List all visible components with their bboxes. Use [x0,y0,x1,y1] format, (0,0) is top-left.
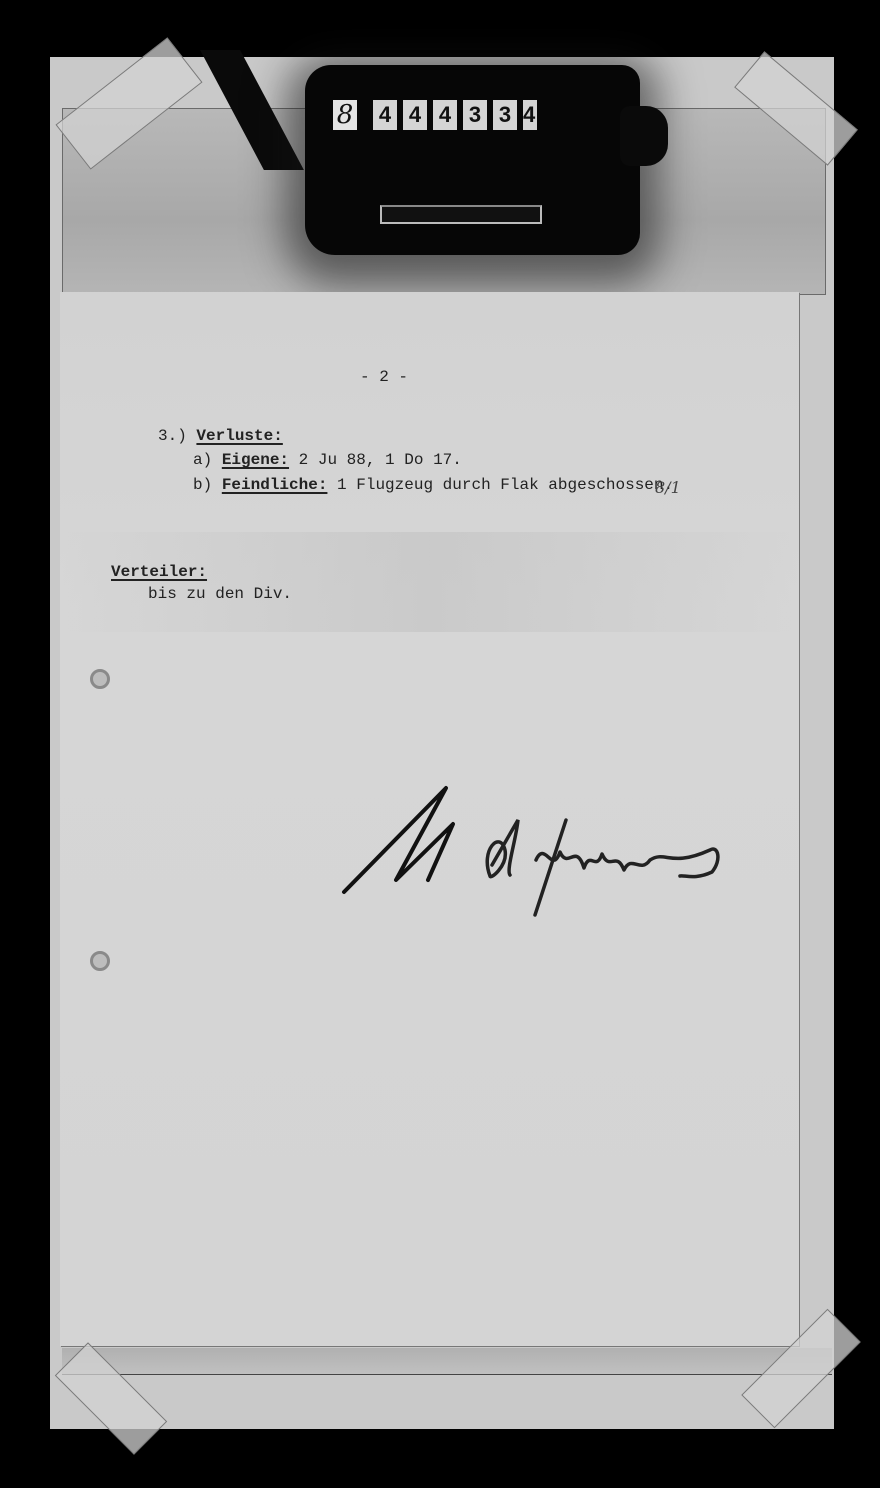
loss-item-enemy: b) Feindliche: 1 Flugzeug durch Flak abg… [193,476,673,494]
counter-digit: 4 [523,100,537,130]
section-number: 3.) [158,427,187,445]
section-heading-row: 3.) Verluste: [158,427,283,445]
punch-hole-top [90,669,110,689]
counter-digits: 8 4 4 4 3 3 4 [333,100,537,130]
counter-digit-prefix: 8 [333,100,357,130]
counter-knob [620,106,668,166]
counter-digit: 3 [463,100,487,130]
handwritten-mark: 8/1 [655,478,681,497]
distribution-heading: Verteiler: [111,563,207,581]
frame-counter-device [305,65,640,255]
section-heading: Verluste: [196,427,282,445]
board-bottom-strip [62,1348,832,1375]
item-marker: a) [193,451,212,469]
loss-item-own: a) Eigene: 2 Ju 88, 1 Do 17. [193,451,462,469]
item-text: 1 Flugzeug durch Flak abgeschossen. [337,476,673,494]
punch-hole-bottom [90,951,110,971]
counter-digit: 4 [403,100,427,130]
counter-digit: 3 [493,100,517,130]
counter-slot [380,205,542,224]
distribution-text: bis zu den Div. [148,585,292,603]
counter-digit: 4 [433,100,457,130]
item-marker: b) [193,476,212,494]
paper-shading [60,532,799,632]
signature: Waltermann [340,780,730,920]
item-label: Eigene: [222,451,289,469]
counter-digit: 4 [373,100,397,130]
item-text: 2 Ju 88, 1 Do 17. [299,451,462,469]
page-number: - 2 - [360,368,408,386]
item-label: Feindliche: [222,476,328,494]
